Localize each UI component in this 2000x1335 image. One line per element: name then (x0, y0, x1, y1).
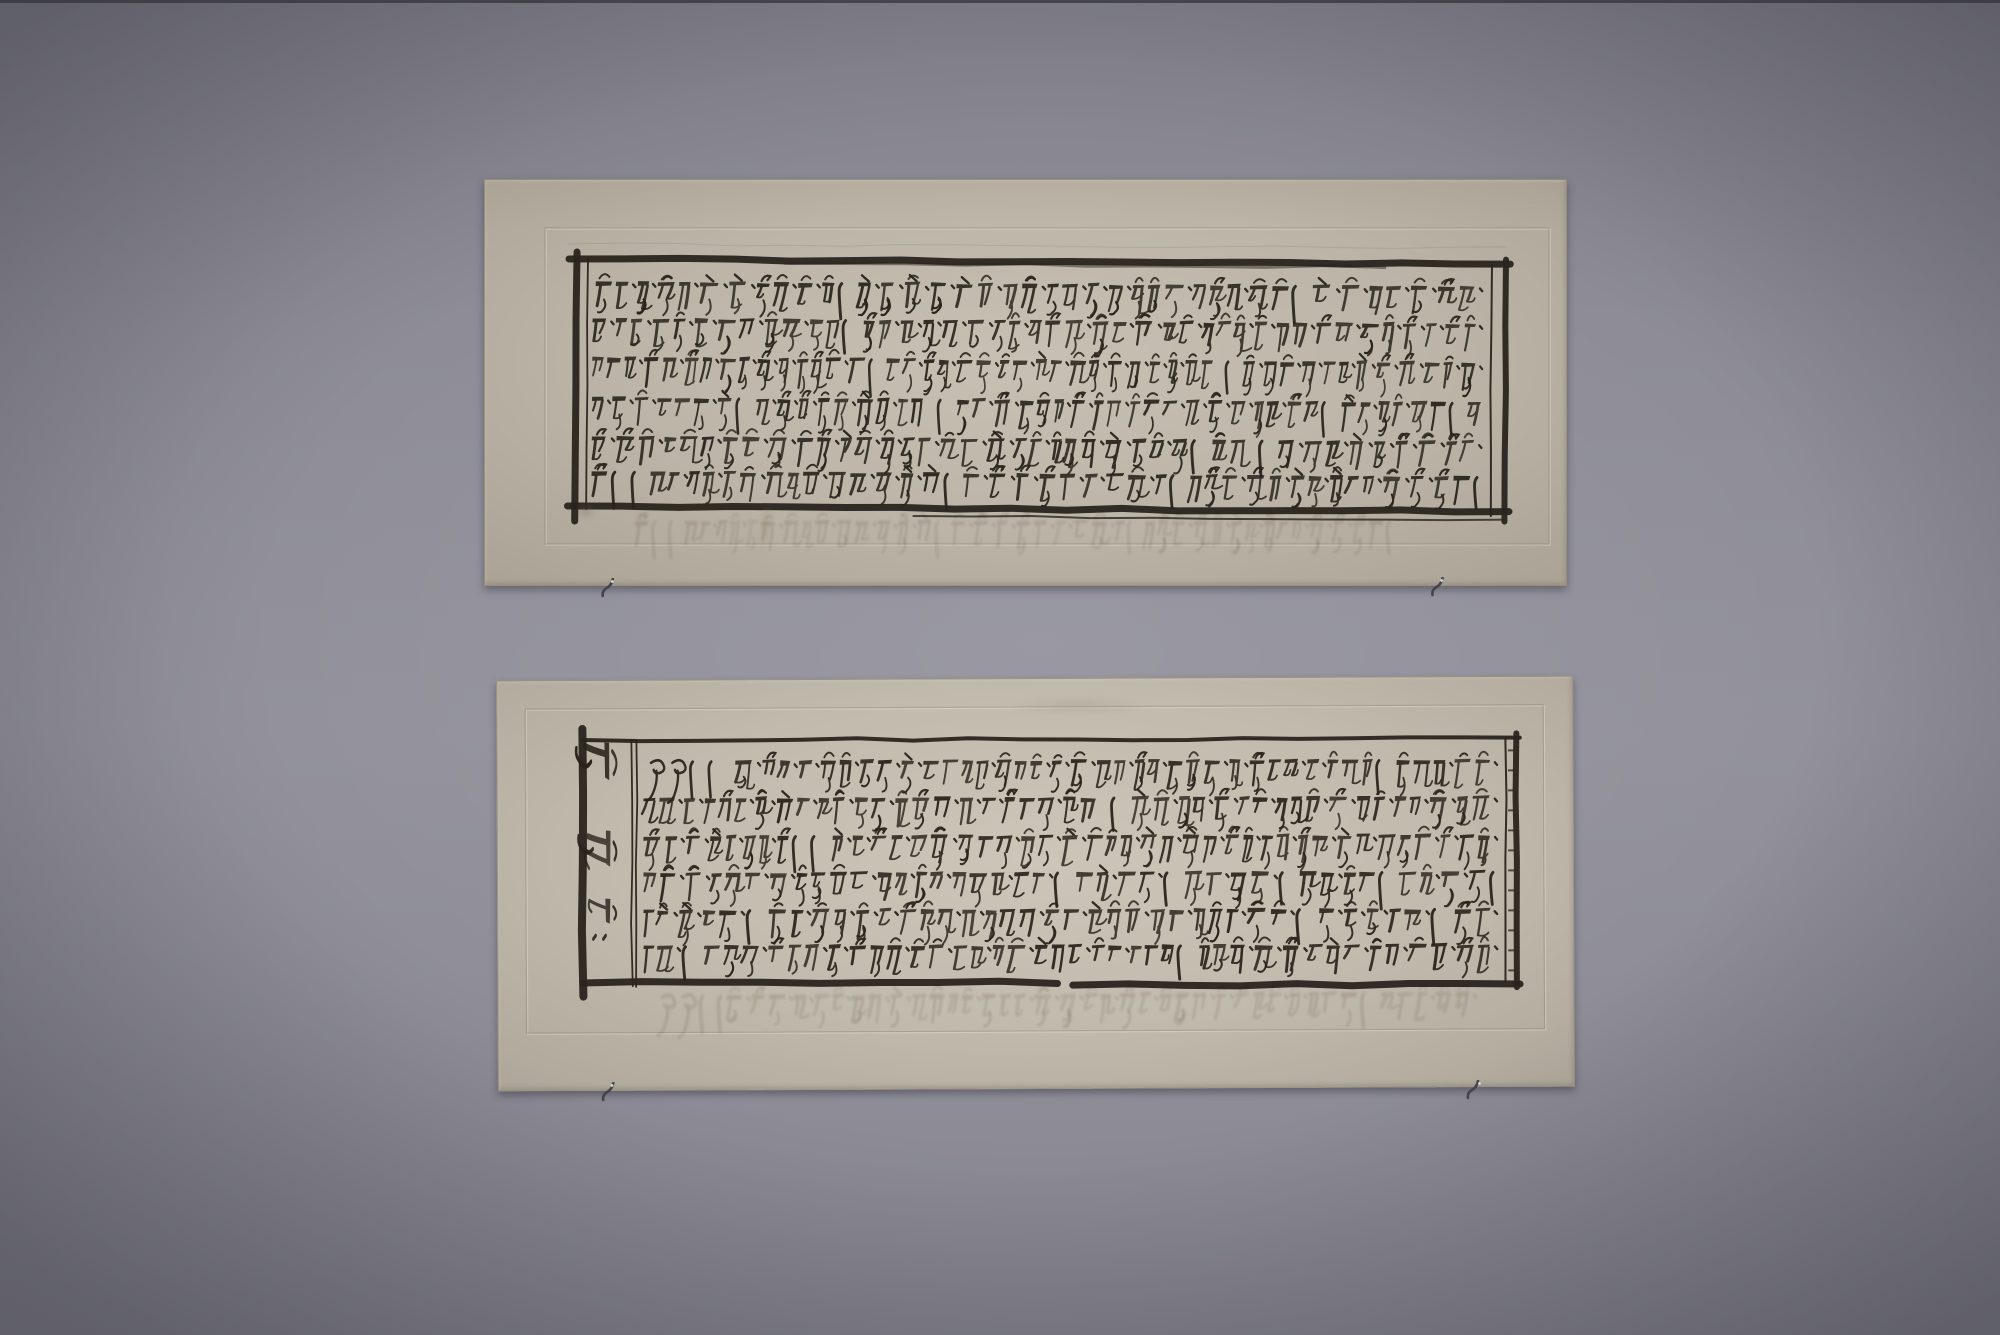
text-line (647, 760, 712, 803)
bottom-folio (496, 676, 1575, 1092)
text-line (592, 348, 1482, 400)
photo-top-edge (0, 0, 2000, 3)
right-margin-tick (1508, 769, 1514, 771)
right-margin-tick (1508, 809, 1514, 811)
text-line (592, 310, 1482, 359)
top-folio-print (485, 180, 1566, 585)
right-margin-tick (1508, 849, 1514, 851)
margin-title (589, 899, 616, 939)
mounting-pin (599, 578, 623, 608)
mounting-pin (1465, 1080, 1489, 1110)
mounting-pin (1428, 577, 1452, 607)
text-line (589, 899, 616, 939)
text-line (592, 389, 1481, 438)
right-margin-tick (1508, 789, 1514, 791)
print-frame (576, 727, 1520, 996)
print-frame (567, 252, 1510, 527)
text-line (735, 751, 1497, 796)
top-folio (484, 179, 1567, 586)
bottom-folio-print (497, 677, 1574, 1091)
text-line (643, 826, 1497, 872)
text-line (592, 428, 1482, 478)
text-line (595, 273, 1482, 324)
right-margin-tick (1508, 969, 1514, 971)
photo-stage (0, 0, 2000, 1335)
right-margin-tick (1508, 869, 1514, 871)
right-margin-tick (1508, 829, 1514, 831)
text-line (643, 864, 1493, 911)
right-margin-tick (1508, 749, 1514, 751)
right-margin-tick (1508, 929, 1514, 931)
right-margin-tick (1508, 889, 1514, 891)
right-margin-tick (1508, 909, 1514, 911)
text-line (643, 900, 1497, 945)
text-line (642, 788, 1497, 831)
right-margin-tick (1508, 949, 1514, 951)
mounting-pin (598, 1082, 622, 1112)
